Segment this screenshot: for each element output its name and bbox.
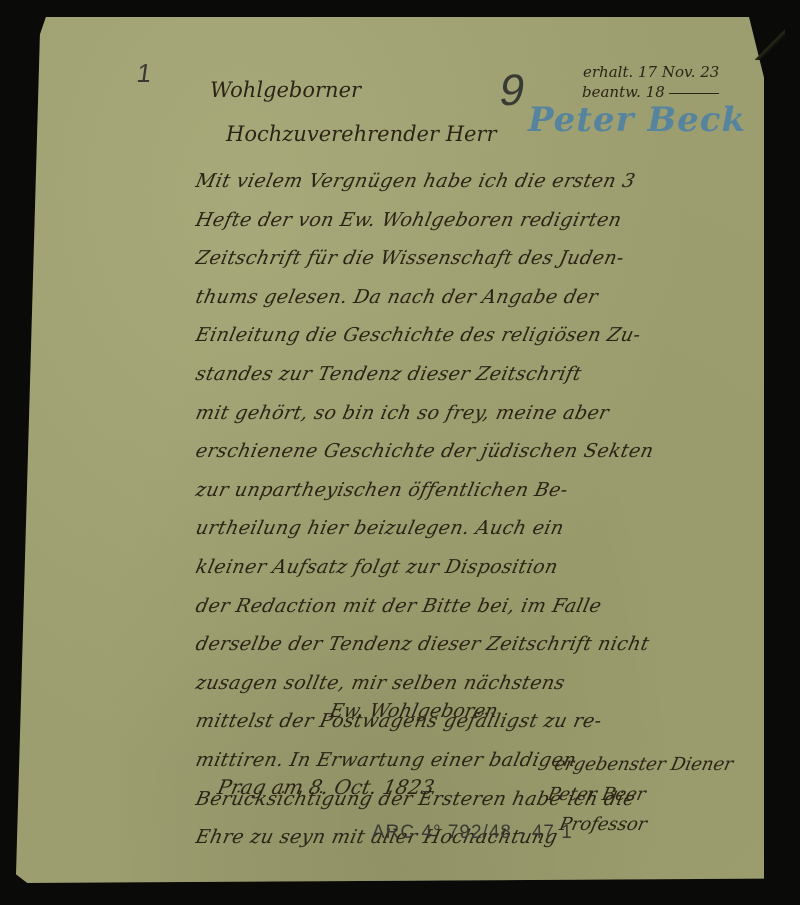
archive-shelfmark: ARC 4° 792/48 - 47 1 bbox=[372, 822, 573, 844]
received-answered-note: erhalt. 17 Nov. 23 beantw. 18 bbox=[583, 62, 719, 102]
received-note-line: erhalt. 17 Nov. 23 bbox=[583, 63, 719, 81]
body-line: zusagen sollte, mir selben nächstens bbox=[192, 664, 775, 703]
note-rule bbox=[669, 93, 719, 94]
body-line: Mit vielem Vergnügen habe ich die ersten… bbox=[192, 162, 775, 201]
body-line: Hefte der von Ew. Wohlgeboren redigirten bbox=[192, 201, 775, 240]
body-line: zur unpartheyischen öffentlichen Be- bbox=[192, 471, 775, 510]
body-line: kleiner Aufsatz folgt zur Disposition bbox=[192, 548, 775, 587]
body-line: thums gelesen. Da nach der Angabe der bbox=[192, 278, 775, 317]
salutation: Wohlgeborner Hochzuverehrender Herr bbox=[210, 68, 497, 156]
closing-formula: Ew. Wohlgeboren bbox=[328, 700, 500, 722]
signature-title: Professor bbox=[556, 810, 774, 840]
salutation-line-2: Hochzuverehrender Herr bbox=[226, 112, 497, 156]
salutation-line-1: Wohlgeborner bbox=[210, 78, 361, 102]
body-line: derselbe der Tendenz dieser Zeitschrift … bbox=[192, 625, 775, 664]
signature-name: Peter Beer bbox=[545, 780, 781, 810]
body-line: urtheilung hier beizulegen. Auch ein bbox=[192, 509, 775, 548]
body-line: Zeitschrift für die Wissenschaft des Jud… bbox=[192, 239, 775, 278]
body-line: Einleitung die Geschichte des religiösen… bbox=[192, 316, 775, 355]
answered-note-line: beantw. 18 bbox=[582, 82, 719, 102]
folded-corner bbox=[755, 30, 785, 60]
signature-block: ergebenster Diener Peter Beer Professor bbox=[538, 750, 787, 840]
body-line: der Redaction mit der Bitte bei, im Fall… bbox=[192, 587, 775, 626]
body-line: mit gehört, so bin ich so frey, meine ab… bbox=[192, 394, 775, 433]
signature-valediction: ergebenster Diener bbox=[551, 750, 787, 780]
body-line: standes zur Tendenz dieser Zeitschrift bbox=[192, 355, 775, 394]
place-date-line: Prag am 8. Oct. 1823 bbox=[215, 775, 436, 799]
body-line: erschienene Geschichte der jüdischen Sek… bbox=[192, 432, 775, 471]
blue-pencil-name: Peter Beck bbox=[528, 100, 746, 140]
